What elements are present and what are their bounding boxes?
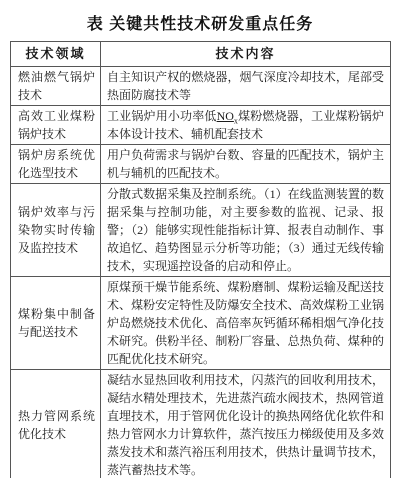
header-row: 技术领域 技术内容 xyxy=(11,42,391,67)
table-row: 高效工业煤粉锅炉技术 工业锅炉用小功率低NOx煤粉燃烧器，工业煤粉锅炉本体设计技… xyxy=(11,106,391,145)
row-content-cell: 原煤预干燥节能系统、煤粉磨制、煤粉运输及配送技术、煤粉安定特性及防爆安全技术、高… xyxy=(101,277,391,370)
task-table: 技术领域 技术内容 燃油燃气锅炉技术 自主知识产权的燃烧器，烟气深度冷却技术，尾… xyxy=(10,41,391,478)
table-row: 锅炉效率与污染物实时传输及监控技术 分散式数据采集及控制系统。（1）在线监测装置… xyxy=(11,184,391,277)
row-content-cell: 自主知识产权的燃烧器，烟气深度冷却技术，尾部受热面防腐技术等 xyxy=(101,67,391,106)
content-text-pre: 工业锅炉用小功率低 xyxy=(107,109,217,123)
header-cell-field: 技术领域 xyxy=(11,42,101,67)
table-row: 锅炉房系统优化选型技术 用户负荷需求与锅炉台数、容量的匹配技术，锅炉主机与辅机的… xyxy=(11,145,391,184)
nox-underlined-text: NO xyxy=(217,109,234,123)
row-field-cell: 热力管网系统优化技术 xyxy=(11,370,101,478)
row-field-cell: 燃油燃气锅炉技术 xyxy=(11,67,101,106)
table-row: 煤粉集中制备与配送技术 原煤预干燥节能系统、煤粉磨制、煤粉运输及配送技术、煤粉安… xyxy=(11,277,391,370)
header-cell-content: 技术内容 xyxy=(101,42,391,67)
row-field-cell: 锅炉房系统优化选型技术 xyxy=(11,145,101,184)
row-field-cell: 高效工业煤粉锅炉技术 xyxy=(11,106,101,145)
page-title: 表 关键共性技术研发重点任务 xyxy=(0,11,400,34)
table-row: 燃油燃气锅炉技术 自主知识产权的燃烧器，烟气深度冷却技术，尾部受热面防腐技术等 xyxy=(11,67,391,106)
row-field-cell: 锅炉效率与污染物实时传输及监控技术 xyxy=(11,184,101,277)
document-page: 表 关键共性技术研发重点任务 技术领域 技术内容 燃油燃气锅炉技术 自主知识产权… xyxy=(0,11,400,478)
table-row: 热力管网系统优化技术 凝结水显热回收利用技术，闪蒸汽的回收利用技术，凝结水精处理… xyxy=(11,370,391,478)
row-field-cell: 煤粉集中制备与配送技术 xyxy=(11,277,101,370)
row-content-cell: 分散式数据采集及控制系统。（1）在线监测装置的数据采集与控制功能，对主要参数的监… xyxy=(101,184,391,277)
row-content-cell: 用户负荷需求与锅炉台数、容量的匹配技术，锅炉主机与辅机的匹配技术。 xyxy=(101,145,391,184)
row-content-cell: 凝结水显热回收利用技术，闪蒸汽的回收利用技术，凝结水精处理技术，先进蒸汽疏水阀技… xyxy=(101,370,391,478)
row-content-cell: 工业锅炉用小功率低NOx煤粉燃烧器，工业煤粉锅炉本体设计技术、辅机配套技术 xyxy=(101,106,391,145)
